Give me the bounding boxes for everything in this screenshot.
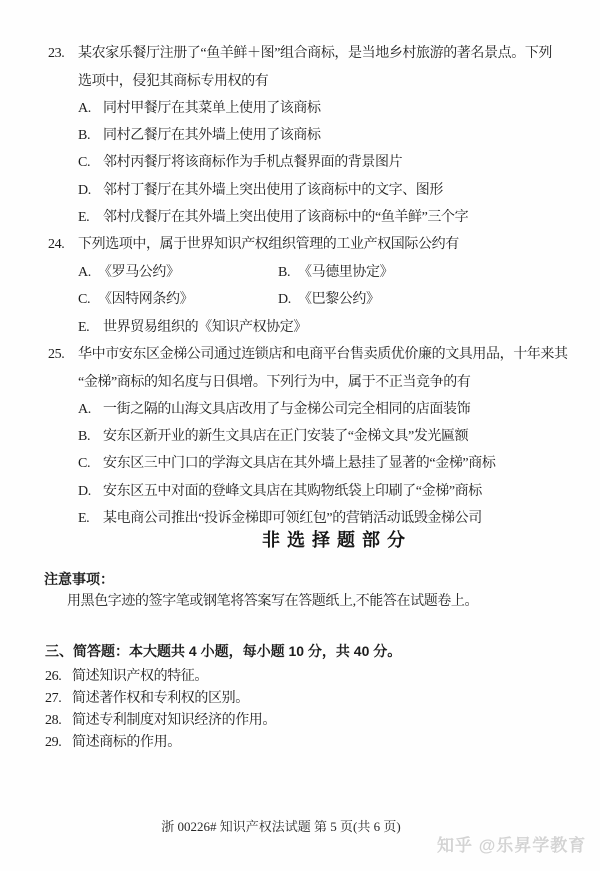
- question-23-option-c: C.邻村丙餐厅将该商标作为手机点餐界面的背景图片: [78, 154, 402, 171]
- option-text: 一街之隔的山海文具店改用了与金梯公司完全相同的店面装饰: [103, 402, 470, 417]
- option-label: D.: [278, 291, 298, 308]
- question-25-option-e: E.某电商公司推出“投诉金梯即可领红包”的营销活动诋毁金梯公司: [78, 510, 482, 527]
- question-25-stem-line-2: “金梯”商标的知名度与日俱增。下列行为中，属于不正当竞争的有: [78, 374, 470, 391]
- question-23-option-b: B.同村乙餐厅在其外墙上使用了该商标: [78, 127, 321, 144]
- option-text: 《马德里协定》: [298, 265, 393, 280]
- question-number: 26.: [45, 668, 72, 685]
- option-label: A.: [78, 264, 98, 281]
- question-23-option-d: D.邻村丁餐厅在其外墙上突出使用了该商标中的文字、图形: [78, 182, 443, 199]
- question-24-option-e: E.世界贸易组织的《知识产权协定》: [78, 319, 307, 336]
- option-label: B.: [278, 264, 298, 281]
- question-25-option-c: C.安东区三中门口的学海文具店在其外墙上悬挂了显著的“金梯”商标: [78, 455, 495, 472]
- option-text: 安东区五中对面的登峰文具店在其购物纸袋上印刷了“金梯”商标: [103, 484, 482, 499]
- question-number: 29.: [45, 734, 72, 751]
- option-label: A.: [78, 401, 103, 418]
- question-24-options-row-1: A.《罗马公约》 B.《马德里协定》: [78, 264, 180, 281]
- question-23-option-e: E.邻村戊餐厅在其外墙上突出使用了该商标中的“鱼羊鲜”三个字: [78, 209, 468, 226]
- option-label: B.: [78, 127, 103, 144]
- option-text: 邻村戊餐厅在其外墙上突出使用了该商标中的“鱼羊鲜”三个字: [103, 210, 468, 225]
- page-footer-label: 浙 00226# 知识产权法试题 第 5 页(共 6 页): [0, 818, 562, 835]
- question-24-option-b: B.《马德里协定》: [278, 264, 393, 281]
- question-text: 简述著作权和专利权的区别。: [72, 691, 249, 706]
- option-label: E.: [78, 319, 103, 336]
- option-label: B.: [78, 428, 103, 445]
- question-number: 24.: [48, 236, 78, 253]
- question-23-option-a: A.同村甲餐厅在其菜单上使用了该商标: [78, 100, 321, 117]
- short-answer-item-26: 26.简述知识产权的特征。: [45, 668, 208, 685]
- question-stem-text: 华中市安东区金梯公司通过连锁店和电商平台售卖质优价廉的文具用品，十年来其: [78, 347, 568, 362]
- question-number: 25.: [48, 346, 78, 363]
- option-label: E.: [78, 209, 103, 226]
- option-label: C.: [78, 455, 103, 472]
- question-23-stem-line-2: 选项中，侵犯其商标专用权的有: [78, 73, 268, 90]
- question-24-stem: 24.下列选项中，属于世界知识产权组织管理的工业产权国际公约有: [48, 236, 459, 253]
- option-text: 邻村丙餐厅将该商标作为手机点餐界面的背景图片: [103, 155, 402, 170]
- option-text: 世界贸易组织的《知识产权协定》: [103, 320, 307, 335]
- question-25-option-a: A.一街之隔的山海文具店改用了与金梯公司完全相同的店面装饰: [78, 401, 470, 418]
- option-text: 安东区新开业的新生文具店在正门安装了“金梯文具”发光匾额: [103, 429, 468, 444]
- question-text: 简述专利制度对知识经济的作用。: [72, 713, 276, 728]
- notes-title: 注意事项：: [44, 571, 114, 588]
- short-answer-item-28: 28.简述专利制度对知识经济的作用。: [45, 712, 276, 729]
- option-label: C.: [78, 291, 98, 308]
- option-text: 安东区三中门口的学海文具店在其外墙上悬挂了显著的“金梯”商标: [103, 456, 495, 471]
- question-text: 简述知识产权的特征。: [72, 669, 208, 684]
- option-label: C.: [78, 154, 103, 171]
- option-text: 同村乙餐厅在其外墙上使用了该商标: [103, 128, 321, 143]
- question-stem-text: 下列选项中，属于世界知识产权组织管理的工业产权国际公约有: [78, 237, 459, 252]
- option-text: 同村甲餐厅在其菜单上使用了该商标: [103, 101, 321, 116]
- question-number: 28.: [45, 712, 72, 729]
- option-text: 邻村丁餐厅在其外墙上突出使用了该商标中的文字、图形: [103, 183, 443, 198]
- question-25-option-b: B.安东区新开业的新生文具店在正门安装了“金梯文具”发光匾额: [78, 428, 468, 445]
- short-answer-item-27: 27.简述著作权和专利权的区别。: [45, 690, 249, 707]
- watermark-text: 知乎 @乐昇学教育: [437, 836, 586, 856]
- question-24-options-row-2: C.《因特网条约》 D.《巴黎公约》: [78, 291, 193, 308]
- option-label: E.: [78, 510, 103, 527]
- option-label: D.: [78, 182, 103, 199]
- question-25-stem-line-1: 25.华中市安东区金梯公司通过连锁店和电商平台售卖质优价廉的文具用品，十年来其: [48, 346, 568, 363]
- notes-body: 用黑色字迹的签字笔或钢笔将答案写在答题纸上,不能答在试题卷上。: [67, 593, 478, 610]
- option-label: A.: [78, 100, 103, 117]
- question-text: 简述商标的作用。: [72, 735, 181, 750]
- question-number: 23.: [48, 45, 78, 62]
- question-24-option-c: C.《因特网条约》: [78, 292, 193, 307]
- question-24-option-a: A.《罗马公约》: [78, 265, 180, 280]
- question-number: 27.: [45, 690, 72, 707]
- question-25-option-d: D.安东区五中对面的登峰文具店在其购物纸袋上印刷了“金梯”商标: [78, 483, 482, 500]
- question-24-option-d: D.《巴黎公约》: [278, 291, 380, 308]
- exam-paper-page: 23.某农家乐餐厅注册了“鱼羊鲜＋图”组合商标，是当地乡村旅游的著名景点。下列 …: [0, 0, 600, 871]
- option-text: 《罗马公约》: [98, 265, 180, 280]
- option-text: 某电商公司推出“投诉金梯即可领红包”的营销活动诋毁金梯公司: [103, 511, 482, 526]
- option-label: D.: [78, 483, 103, 500]
- question-stem-text: 某农家乐餐厅注册了“鱼羊鲜＋图”组合商标，是当地乡村旅游的著名景点。下列: [78, 46, 552, 61]
- question-23-stem-line-1: 23.某农家乐餐厅注册了“鱼羊鲜＋图”组合商标，是当地乡村旅游的著名景点。下列: [48, 45, 552, 62]
- option-text: 《因特网条约》: [98, 292, 193, 307]
- section-heading: 非选择题部分: [262, 529, 412, 551]
- short-answer-heading: 三、简答题：本大题共 4 小题，每小题 10 分，共 40 分。: [45, 643, 401, 660]
- short-answer-item-29: 29.简述商标的作用。: [45, 734, 181, 751]
- option-text: 《巴黎公约》: [298, 292, 380, 307]
